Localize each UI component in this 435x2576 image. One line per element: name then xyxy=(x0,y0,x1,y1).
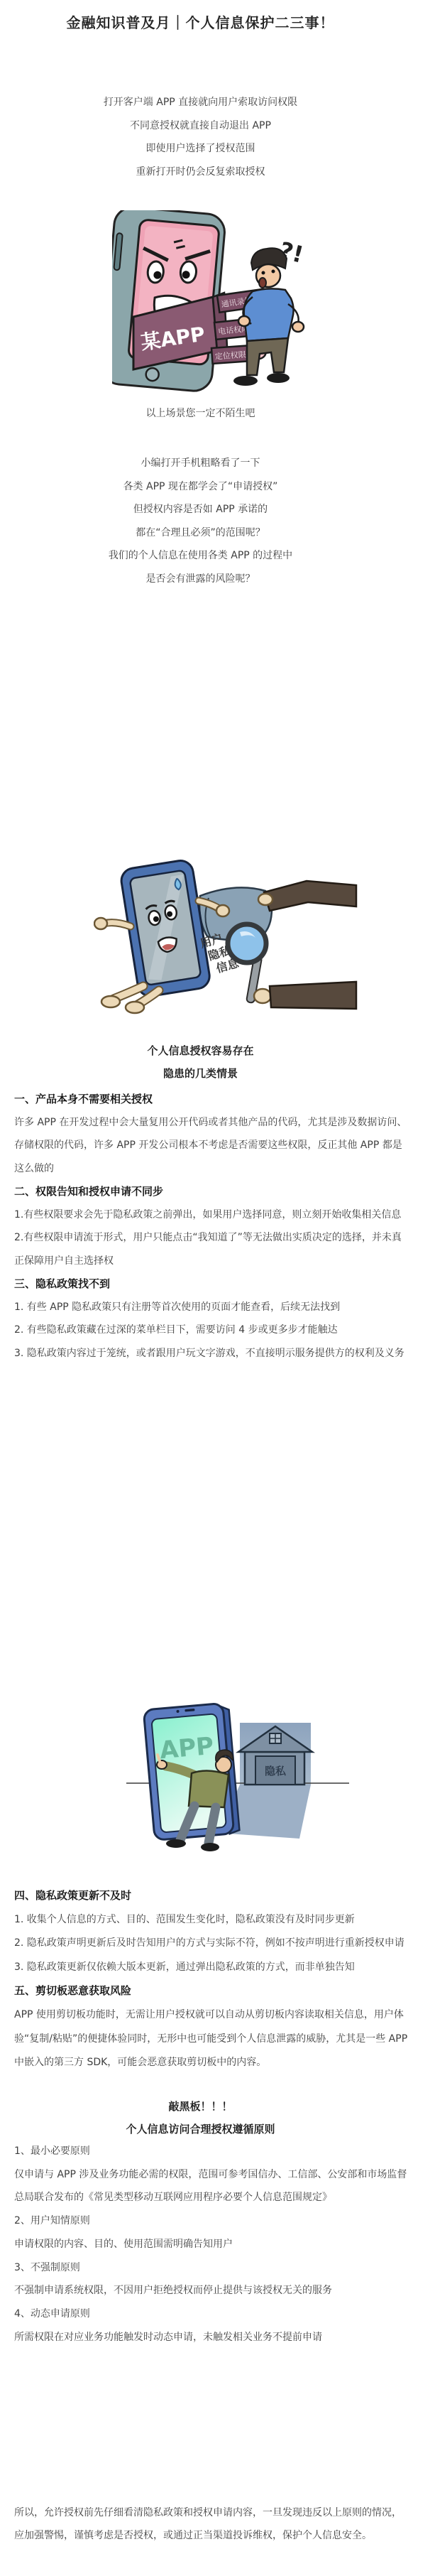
blackboard-subtitle: 个人信息访问合理授权遵循原则 xyxy=(0,2118,401,2141)
risk-intro-line: 隐患的几类情景 xyxy=(0,1062,401,1085)
principle-desc: 申请权限的内容、目的、使用范围需明确告知用户 xyxy=(14,2233,409,2256)
app-screen-label: APP xyxy=(158,1732,214,1765)
reflection-line: 是否会有泄露的风险呢？ xyxy=(0,568,401,591)
reflection-line: 我们的个人信息在使用各类 APP 的过程中 xyxy=(0,544,401,568)
principle-name: 4、动态申请原则 xyxy=(14,2302,409,2326)
home-button-icon xyxy=(145,367,160,381)
reflection-block: 小编打开手机粗略看了一下 各类 APP 现在都学会了“申请授权” 但授权内容是否… xyxy=(0,452,401,591)
reflection-line: 但授权内容是否如 APP 承诺的 xyxy=(0,498,401,521)
startled-man: ?! xyxy=(233,237,306,386)
section-paragraph: 1. 收集个人信息的方式、目的、范围发生变化时，隐私政策没有及时同步更新 xyxy=(14,1908,409,1932)
blackboard-block: 敲黑板！！！ 个人信息访问合理授权遵循原则 xyxy=(0,2095,401,2141)
section-paragraph: 许多 APP 在开发过程中会大量复用公开代码或者其他产品的代码，尤其是涉及数据访… xyxy=(14,1111,409,1181)
reflection-line: 都在“合理且必须”的范围呢？ xyxy=(0,521,401,545)
principles-list: 1、最小必要原则 仅申请与 APP 涉及业务功能必需的权限，范围可参考国信办、工… xyxy=(14,2140,409,2349)
conclusion-paragraph: 所以，允许授权前先仔细看清隐私政策和授权申请内容，一旦发现违反以上原则的情况，应… xyxy=(14,2501,409,2547)
scene-caption: 以上场景您一定不陌生吧 xyxy=(0,406,401,420)
privacy-door-label: 隐私 xyxy=(265,1765,287,1777)
section-paragraph: 1. 有些 APP 隐私政策只有注册等首次使用的页面才能查看，后续无法找到 xyxy=(14,1296,409,1319)
section-paragraph: 1.有些权限要求会先于隐私政策之前弹出，如果用户选择同意，则立刻开始收集相关信息 xyxy=(14,1203,409,1227)
principle-desc: 所需权限在对应业务功能触发时动态申请，未触发相关业务不提前申请 xyxy=(14,2326,409,2349)
illustration-app-privacy-house: 隐私 APP xyxy=(121,1701,355,1881)
reflection-line: 小编打开手机粗略看了一下 xyxy=(0,452,401,475)
illustration-privacy-inspected: 用户 隐私 信息 xyxy=(94,857,360,1017)
blackboard-title: 敲黑板！！！ xyxy=(0,2095,401,2118)
risk-intro-block: 个人信息授权容易存在 隐患的几类情景 xyxy=(0,1039,401,1085)
phone-hand-icon xyxy=(216,905,229,916)
section-heading: 三、隐私政策找不到 xyxy=(14,1272,409,1296)
phone-magnifier-illustration: 用户 隐私 信息 xyxy=(94,857,360,1017)
section-paragraph: APP 使用剪切板功能时，无需让用户授权就可以自动从剪切板内容读取相关信息，用户… xyxy=(14,2003,409,2075)
section-paragraph: 2. 隐私政策声明更新后及时告知用户的方式与实际不符，例如不按声明进行重新授权申… xyxy=(14,1932,409,1956)
intro-line: 重新打开时仍会反复索取授权 xyxy=(0,161,401,184)
intro-line: 打开客户端 APP 直接就向用户索取访问权限 xyxy=(0,91,401,114)
intro-line: 不同意授权就直接自动退出 APP xyxy=(0,114,401,138)
principle-desc: 仅申请与 APP 涉及业务功能必需的权限，范围可参考国信办、工信部、公安部和市场… xyxy=(14,2163,409,2209)
intro-block: 打开客户端 APP 直接就向用户索取访问权限 不同意授权就直接自动退出 APP … xyxy=(0,91,401,183)
section-heading: 四、隐私政策更新不及时 xyxy=(14,1884,409,1908)
intro-line: 即使用户选择了授权范围 xyxy=(0,137,401,161)
section-heading: 一、产品本身不需要相关授权 xyxy=(14,1088,409,1111)
section-paragraph: 2. 有些隐私政策藏在过深的菜单栏目下，需要访问 4 步或更多步才能触达 xyxy=(14,1319,409,1342)
section-paragraph: 3. 隐私政策内容过于笼统，或者跟用户玩文字游戏，不直接明示服务提供方的权利及义… xyxy=(14,1342,409,1365)
section-paragraph: 3. 隐私政策更新仅依赖大版本更新，通过弹出隐私政策的方式，而非单独告知 xyxy=(14,1956,409,1980)
page-title: 金融知识普及月｜个人信息保护二三事！ xyxy=(0,11,401,32)
article-page: 金融知识普及月｜个人信息保护二三事！ 打开客户端 APP 直接就向用户索取访问权… xyxy=(0,0,435,2576)
app-door-illustration: 隐私 APP xyxy=(121,1701,355,1881)
risk-sections-2: 四、隐私政策更新不及时 1. 收集个人信息的方式、目的、范围发生变化时，隐私政策… xyxy=(14,1884,409,2075)
principle-desc: 不强制申请系统权限，不因用户拒绝授权而停止提供与该授权无关的服务 xyxy=(14,2279,409,2302)
illustration-app-demands-permissions: 某APP 通讯录权限 电话权限 定位权限 ?! xyxy=(112,210,376,404)
angry-phone-illustration: 某APP 通讯录权限 电话权限 定位权限 ?! xyxy=(112,210,376,404)
gripping-hand-icon xyxy=(258,894,272,905)
risk-sections-1: 一、产品本身不需要相关授权 许多 APP 在开发过程中会大量复用公开代码或者其他… xyxy=(14,1088,409,1365)
principle-name: 1、最小必要原则 xyxy=(14,2140,409,2163)
principle-name: 3、不强制原则 xyxy=(14,2256,409,2280)
section-paragraph: 2.有些权限申请流于形式，用户只能点击“我知道了”等无法做出实质决定的选择，并未… xyxy=(14,1226,409,1272)
section-heading: 二、权限告知和授权申请不同步 xyxy=(14,1180,409,1203)
section-heading: 五、剪切板恶意获取风险 xyxy=(14,1979,409,2003)
principle-name: 2、用户知情原则 xyxy=(14,2209,409,2233)
risk-intro-line: 个人信息授权容易存在 xyxy=(0,1039,401,1062)
holding-hand-icon xyxy=(254,989,271,1003)
dark-arm xyxy=(264,881,356,911)
reflection-line: 各类 APP 现在都学会了“申请授权” xyxy=(0,475,401,499)
dark-sleeve xyxy=(270,982,356,1009)
phone-hand-icon xyxy=(94,918,107,929)
